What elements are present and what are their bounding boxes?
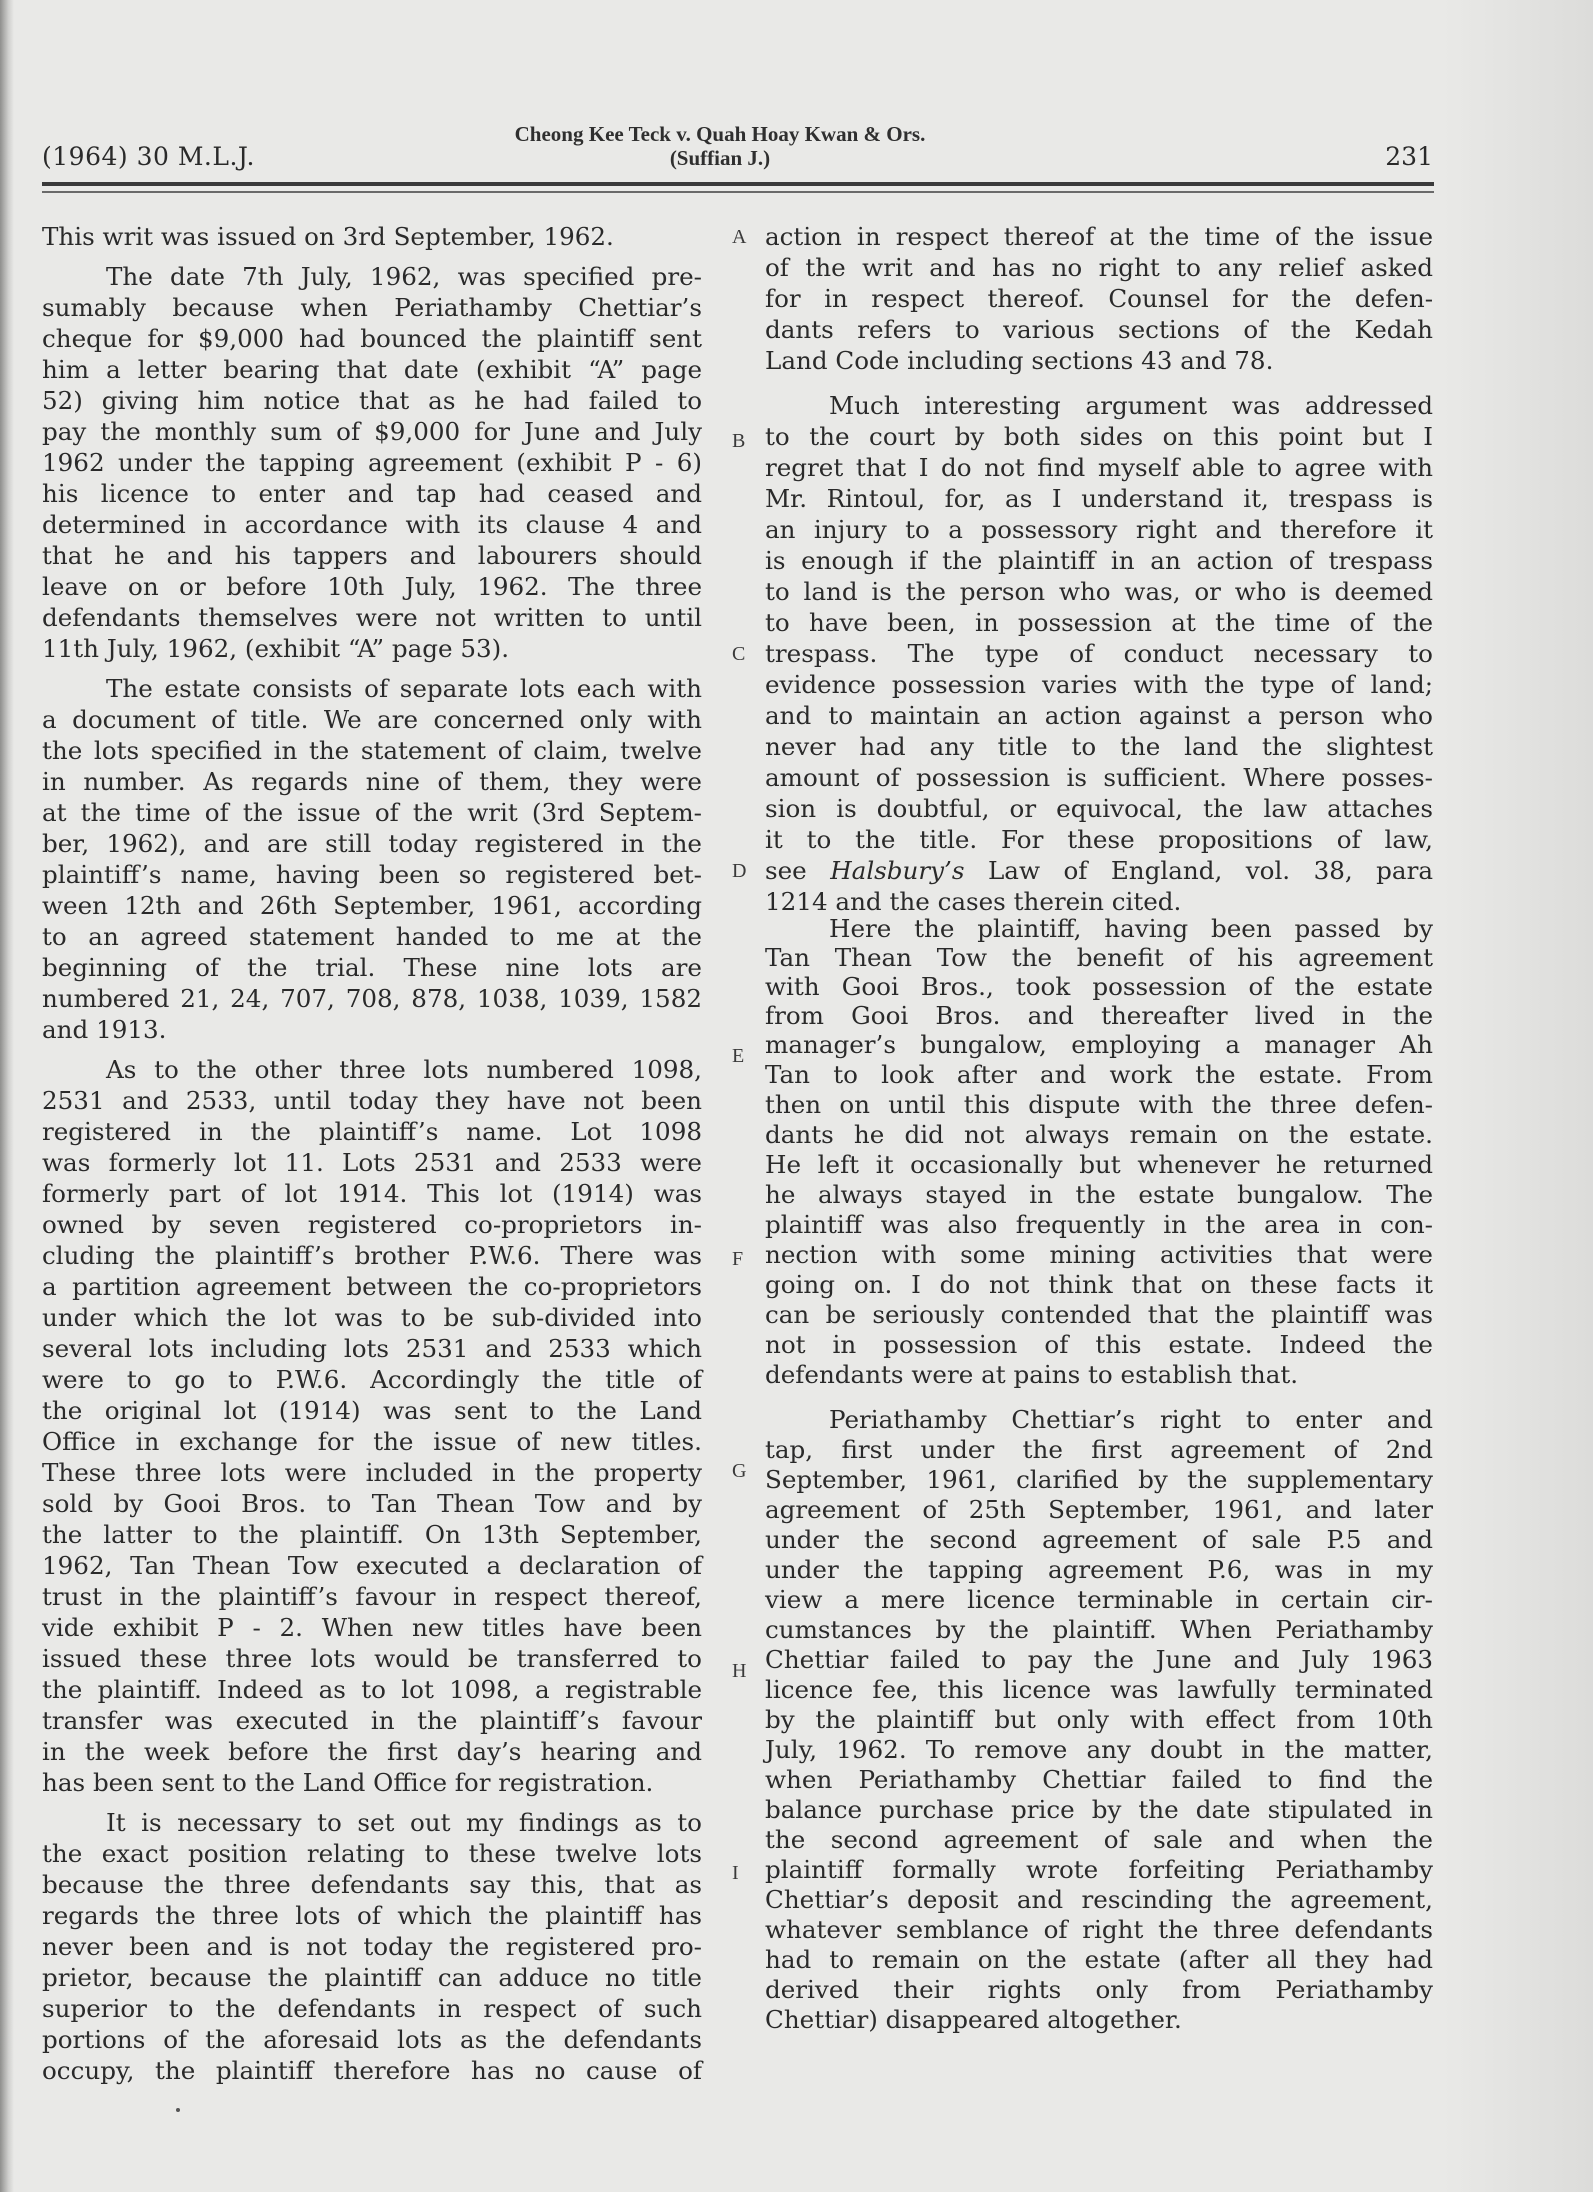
- text-line: to the court by both sides on this point…: [765, 422, 1433, 452]
- text-line: ween 12th and 26th September, 1961, acco…: [42, 891, 702, 921]
- text-line: pay the monthly sum of $9,000 for June a…: [42, 417, 702, 447]
- text-line: were to go to P.W.6. Accordingly the tit…: [42, 1365, 702, 1395]
- judge-name: (Suffian J.): [400, 146, 1040, 170]
- text-line: the second agreement of sale and when th…: [765, 1825, 1433, 1855]
- text-line: defendants were at pains to establish th…: [765, 1360, 1433, 1390]
- text-line: 11th July, 1962, (exhibit “A” page 53).: [42, 634, 702, 664]
- margin-letter: F: [732, 1248, 743, 1271]
- text-line: has been sent to the Land Office for reg…: [42, 1768, 702, 1798]
- text-line: cumstances by the plaintiff. When Periat…: [765, 1615, 1433, 1645]
- text-line: Periathamby Chettiar’s right to enter an…: [765, 1405, 1433, 1435]
- text-line: in the week before the first day’s heari…: [42, 1737, 702, 1767]
- text-line: is enough if the plaintiff in an action …: [765, 546, 1433, 576]
- text-line: whatever semblance of right the three de…: [765, 1915, 1433, 1945]
- text-line: Chettiar failed to pay the June and July…: [765, 1645, 1433, 1675]
- text-line: at the time of the issue of the writ (3r…: [42, 798, 702, 828]
- text-line: owned by seven registered co-proprietors…: [42, 1210, 702, 1240]
- text-line: beginning of the trial. These nine lots …: [42, 953, 702, 983]
- text-line: Chettiar’s deposit and rescinding the ag…: [765, 1885, 1433, 1915]
- case-title: Cheong Kee Teck v. Quah Hoay Kwan & Ors.: [400, 122, 1040, 146]
- page-binding-edge: [0, 0, 14, 2192]
- text-line: for in respect thereof. Counsel for the …: [765, 284, 1433, 314]
- text-line: sion is doubtful, or equivocal, the law …: [765, 794, 1433, 824]
- text-line: These three lots were included in the pr…: [42, 1458, 702, 1488]
- text-line: a partition agreement between the co-pro…: [42, 1272, 702, 1302]
- text-line: him a letter bearing that date (exhibit …: [42, 355, 702, 385]
- text-line: under the tapping agreement P.6, was in …: [765, 1555, 1433, 1585]
- text-line: leave on or before 10th July, 1962. The …: [42, 572, 702, 602]
- text-line: trust in the plaintiff’s favour in respe…: [42, 1582, 702, 1612]
- text-line: balance purchase price by the date stipu…: [765, 1795, 1433, 1825]
- text-line: Land Code including sections 43 and 78.: [765, 346, 1433, 376]
- text-line: Tan Thean Tow the benefit of his agreeme…: [765, 943, 1433, 973]
- text-line: 2531 and 2533, until today they have not…: [42, 1086, 702, 1116]
- text-line: cheque for $9,000 had bounced the plaint…: [42, 324, 702, 354]
- text-line: that he and his tappers and labourers sh…: [42, 541, 702, 571]
- text-line: vide exhibit P - 2. When new titles have…: [42, 1613, 702, 1643]
- text-line: a document of title. We are concerned on…: [42, 705, 702, 735]
- text-line: the plaintiff. Indeed as to lot 1098, a …: [42, 1675, 702, 1705]
- text-line: not in possession of this estate. Indeed…: [765, 1330, 1433, 1360]
- text-line: cluding the plaintiff’s brother P.W.6. T…: [42, 1241, 702, 1271]
- text-line: issued these three lots would be transfe…: [42, 1644, 702, 1674]
- text-line: several lots including lots 2531 and 253…: [42, 1334, 702, 1364]
- text-line: the original lot (1914) was sent to the …: [42, 1396, 702, 1426]
- text-line: evidence possession varies with the type…: [765, 670, 1433, 700]
- margin-letter: E: [732, 1045, 744, 1068]
- margin-letter: G: [732, 1460, 746, 1483]
- text-line: trespass. The type of conduct necessary …: [765, 639, 1433, 669]
- text-line: Office in exchange for the issue of new …: [42, 1427, 702, 1457]
- text-line: Here the plaintiff, having been passed b…: [765, 914, 1433, 944]
- text-line: when Periathamby Chettiar failed to find…: [765, 1765, 1433, 1795]
- text-line: September, 1961, clarified by the supple…: [765, 1465, 1433, 1495]
- text-line: This writ was issued on 3rd September, 1…: [42, 222, 702, 252]
- text-line: his licence to enter and tap had ceased …: [42, 479, 702, 509]
- text-line: then on until this dispute with the thre…: [765, 1090, 1433, 1120]
- text-line: agreement of 25th September, 1961, and l…: [765, 1495, 1433, 1525]
- text-line: manager’s bungalow, employing a manager …: [765, 1030, 1433, 1060]
- page-right-shade: [1443, 0, 1593, 2192]
- header-rule-thin: [42, 191, 1434, 193]
- text-line: tap, first under the first agreement of …: [765, 1435, 1433, 1465]
- text-line: 1962, Tan Thean Tow executed a declarati…: [42, 1551, 702, 1581]
- text-line: never had any title to the land the slig…: [765, 732, 1433, 762]
- journal-citation: (1964) 30 M.L.J.: [42, 142, 255, 171]
- text-line: view a mere licence terminable in certai…: [765, 1585, 1433, 1615]
- text-line: to land is the person who was, or who is…: [765, 577, 1433, 607]
- text-line: the exact position relating to these twe…: [42, 1839, 702, 1869]
- text-line: action in respect thereof at the time of…: [765, 222, 1433, 252]
- text-line: and to maintain an action against a pers…: [765, 701, 1433, 731]
- margin-letter: H: [732, 1660, 746, 1683]
- text-line: had to remain on the estate (after all t…: [765, 1945, 1433, 1975]
- text-line: July, 1962. To remove any doubt in the m…: [765, 1735, 1433, 1765]
- text-line: prietor, because the plaintiff can adduc…: [42, 1963, 702, 1993]
- text-line: numbered 21, 24, 707, 708, 878, 1038, 10…: [42, 984, 702, 1014]
- text-line: the latter to the plaintiff. On 13th Sep…: [42, 1520, 702, 1550]
- text-line: regret that I do not find myself able to…: [765, 453, 1433, 483]
- text-line: regards the three lots of which the plai…: [42, 1901, 702, 1931]
- text-line: Mr. Rintoul, for, as I understand it, tr…: [765, 484, 1433, 514]
- text-line: dants refers to various sections of the …: [765, 315, 1433, 345]
- text-line: plaintiff’s name, having been so registe…: [42, 860, 702, 890]
- text-line: plaintiff formally wrote forfeiting Peri…: [765, 1855, 1433, 1885]
- ink-speck: [176, 2108, 180, 2112]
- text-line: sumably because when Periathamby Chettia…: [42, 293, 702, 323]
- text-line: from Gooi Bros. and thereafter lived in …: [765, 1001, 1433, 1031]
- text-line: an injury to a possessory right and ther…: [765, 515, 1433, 545]
- text-line: 52) giving him notice that as he had fai…: [42, 386, 702, 416]
- text-line: it to the title. For these propositions …: [765, 825, 1433, 855]
- text-line: Tan to look after and work the estate. F…: [765, 1060, 1433, 1090]
- text-line: ber, 1962), and are still today register…: [42, 829, 702, 859]
- text-line: transfer was executed in the plaintiff’s…: [42, 1706, 702, 1736]
- text-line: portions of the aforesaid lots as the de…: [42, 2025, 702, 2055]
- text-line: registered in the plaintiff’s name. Lot …: [42, 1117, 702, 1147]
- text-line: Chettiar) disappeared altogether.: [765, 2005, 1433, 2035]
- text-line: to have been, in possession at the time …: [765, 608, 1433, 638]
- text-line: under which the lot was to be sub-divide…: [42, 1303, 702, 1333]
- margin-letter: I: [732, 1862, 739, 1885]
- text-line: to an agreed statement handed to me at t…: [42, 922, 702, 952]
- text-line: dants he did not always remain on the es…: [765, 1120, 1433, 1150]
- text-line: by the plaintiff but only with effect fr…: [765, 1705, 1433, 1735]
- text-line: As to the other three lots numbered 1098…: [42, 1055, 702, 1085]
- margin-letter: B: [732, 430, 745, 453]
- text-line: determined in accordance with its clause…: [42, 510, 702, 540]
- text-line: under the second agreement of sale P.5 a…: [765, 1525, 1433, 1555]
- margin-letter: C: [732, 643, 745, 666]
- page-number: 231: [1385, 142, 1433, 171]
- text-line: derived their rights only from Periatham…: [765, 1975, 1433, 2005]
- margin-letter: A: [732, 226, 746, 249]
- text-line: It is necessary to set out my findings a…: [42, 1808, 702, 1838]
- text-line: see Halsbury’s Law of England, vol. 38, …: [765, 856, 1433, 886]
- text-line: because the three defendants say this, t…: [42, 1870, 702, 1900]
- text-line: with Gooi Bros., took possession of the …: [765, 972, 1433, 1002]
- text-line: going on. I do not think that on these f…: [765, 1270, 1433, 1300]
- header-rule-thick: [42, 182, 1434, 186]
- text-line: nection with some mining activities that…: [765, 1240, 1433, 1270]
- text-line: superior to the defendants in respect of…: [42, 1994, 702, 2024]
- text-line: was formerly lot 11. Lots 2531 and 2533 …: [42, 1148, 702, 1178]
- text-line: sold by Gooi Bros. to Tan Thean Tow and …: [42, 1489, 702, 1519]
- text-line: The estate consists of separate lots eac…: [42, 674, 702, 704]
- text-line: 1214 and the cases therein cited.: [765, 887, 1433, 917]
- text-line: the lots specified in the statement of c…: [42, 736, 702, 766]
- text-line: never been and is not today the register…: [42, 1932, 702, 1962]
- text-line: amount of possession is sufficient. Wher…: [765, 763, 1433, 793]
- margin-letter: D: [732, 860, 746, 883]
- text-line: occupy, the plaintiff therefore has no c…: [42, 2056, 702, 2086]
- text-line: licence fee, this licence was lawfully t…: [765, 1675, 1433, 1705]
- text-line: He left it occasionally but whenever he …: [765, 1150, 1433, 1180]
- text-line: 1962 under the tapping agreement (exhibi…: [42, 448, 702, 478]
- text-line: he always stayed in the estate bungalow.…: [765, 1180, 1433, 1210]
- text-line: plaintiff was also frequently in the are…: [765, 1210, 1433, 1240]
- text-line: defendants themselves were not written t…: [42, 603, 702, 633]
- text-line: Much interesting argument was addressed: [765, 391, 1433, 421]
- text-line: can be seriously contended that the plai…: [765, 1300, 1433, 1330]
- text-line: The date 7th July, 1962, was specified p…: [42, 262, 702, 292]
- text-line: in number. As regards nine of them, they…: [42, 767, 702, 797]
- running-header: Cheong Kee Teck v. Quah Hoay Kwan & Ors.…: [400, 122, 1040, 170]
- text-line: formerly part of lot 1914. This lot (191…: [42, 1179, 702, 1209]
- text-line: of the writ and has no right to any reli…: [765, 253, 1433, 283]
- text-line: and 1913.: [42, 1015, 702, 1045]
